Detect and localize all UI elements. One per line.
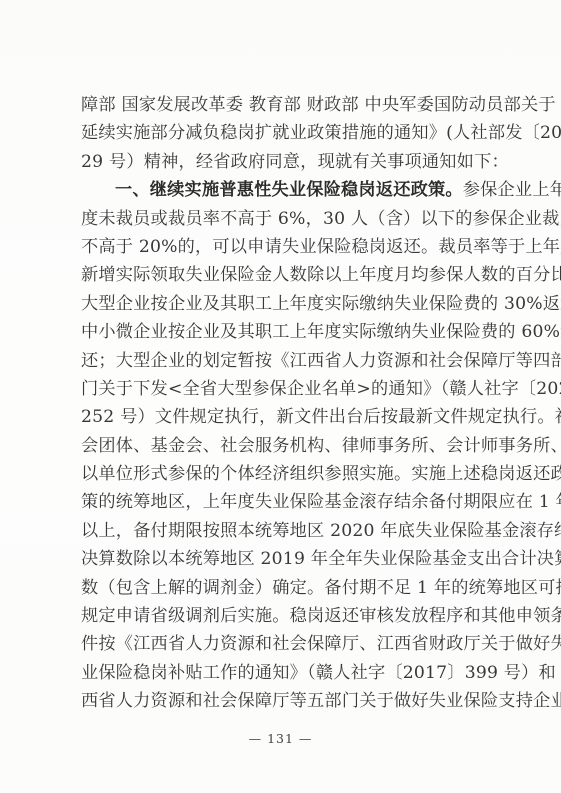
text-line: 会团体、基金会、社会服务机构、律师事务所、会计师事务所、 [81, 432, 495, 460]
text-line: 252 号）文件规定执行，新文件出台后按最新文件规定执行。社 [81, 403, 495, 431]
document-body: 障部 国家发展改革委 教育部 财政部 中央军委国防动员部关于 延续实施部分减负稳… [81, 91, 495, 716]
text-line: 数（包含上解的调剂金）确定。备付期不足 1 年的统筹地区可按 [81, 574, 495, 602]
text-line: 障部 国家发展改革委 教育部 财政部 中央军委国防动员部关于 [81, 91, 495, 119]
section-heading-line: 一、继续实施普惠性失业保险稳岗返还政策。参保企业上年 [81, 176, 495, 204]
page-number: — 131 — [0, 731, 561, 746]
text-line: 度未裁员或裁员率不高于 6%，30 人（含）以下的参保企业裁员率 [81, 205, 495, 233]
text-line: 以上，备付期限按照本统筹地区 2020 年底失业保险基金滚存结余 [81, 517, 495, 545]
text-line: 策的统筹地区，上年度失业保险基金滚存结余备付期限应在 1 年 [81, 488, 495, 516]
text-line: 西省人力资源和社会保障厅等五部门关于做好失业保险支持企业 [81, 687, 495, 715]
text-line: 门关于下发<全省大型参保企业名单>的通知》（赣人社字〔2020〕 [81, 375, 495, 403]
text-line: 不高于 20%的，可以申请失业保险稳岗返还。裁员率等于上年度 [81, 233, 495, 261]
text-line: 中小微企业按企业及其职工上年度实际缴纳失业保险费的 60%返 [81, 318, 495, 346]
section-heading: 一、继续实施普惠性失业保险稳岗返还政策。 [115, 180, 463, 200]
text-line: 规定申请省级调剂后实施。稳岗返还审核发放程序和其他申领条 [81, 602, 495, 630]
text-run: 参保企业上年 [463, 180, 561, 200]
text-line: 延续实施部分减负稳岗扩就业政策措施的通知》(人社部发〔2021〕 [81, 119, 495, 147]
text-line: 29 号）精神，经省政府同意，现就有关事项通知如下： [81, 148, 495, 176]
text-line: 大型企业按企业及其职工上年度实际缴纳失业保险费的 30%返还， [81, 290, 495, 318]
text-line: 新增实际领取失业保险金人数除以上年度月均参保人数的百分比。 [81, 261, 495, 289]
text-line: 件按《江西省人力资源和社会保障厅、江西省财政厅关于做好失 [81, 630, 495, 658]
text-line: 决算数除以本统筹地区 2019 年全年失业保险基金支出合计决算 [81, 545, 495, 573]
document-page: 障部 国家发展改革委 教育部 财政部 中央军委国防动员部关于 延续实施部分减负稳… [0, 0, 561, 793]
text-line: 业保险稳岗补贴工作的通知》（赣人社字〔2017〕399 号）和《江 [81, 659, 495, 687]
scan-speck [505, 530, 509, 532]
text-line: 以单位形式参保的个体经济组织参照实施。实施上述稳岗返还政 [81, 460, 495, 488]
text-line: 还；大型企业的划定暂按《江西省人力资源和社会保障厅等四部 [81, 347, 495, 375]
